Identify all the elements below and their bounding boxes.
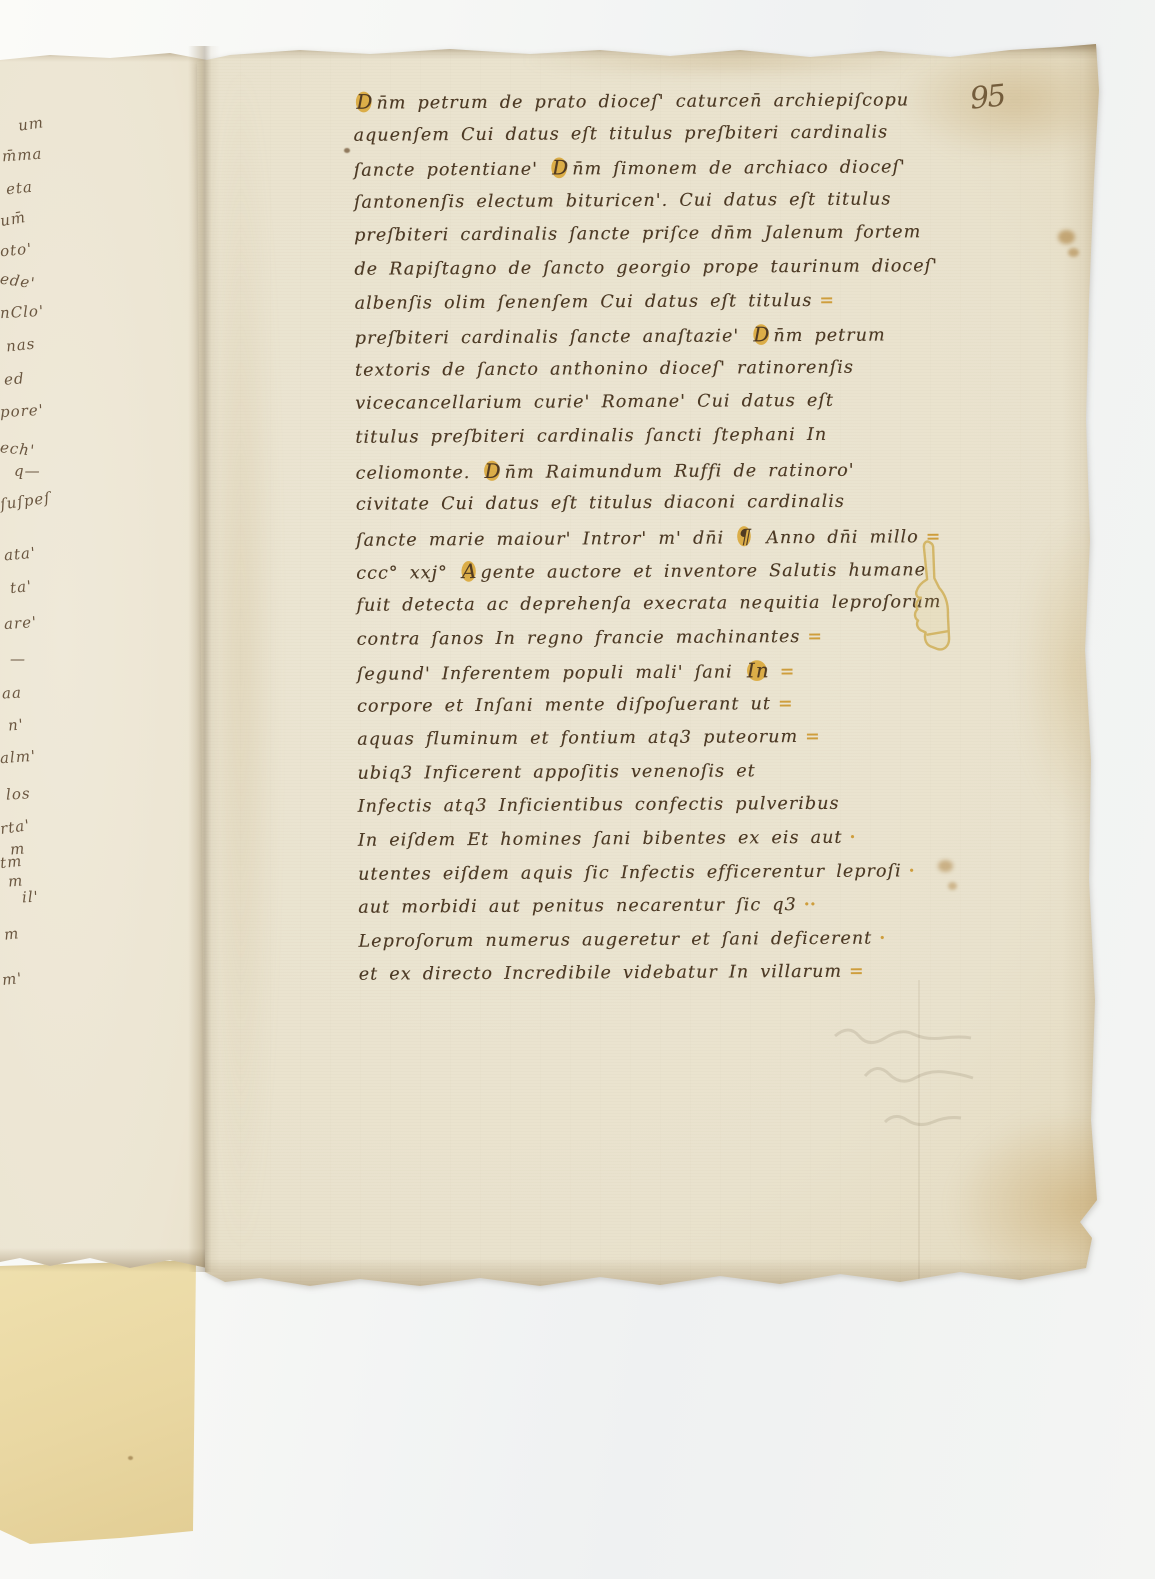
manuscript-line: aut morbidi aut penitus necarentur ſic q…	[358, 888, 933, 925]
line-text: preſbiteri cardinalis ſancte priſce dn̄m…	[354, 223, 921, 246]
line-text: n̄m petrum de prato dioceſ' caturcen̄ ar…	[376, 90, 909, 113]
manuscript-line: ccc° xxj° Agente auctore et inventore Sa…	[356, 553, 931, 590]
folio-number: 95	[968, 78, 1006, 116]
manuscript-line: Dn̄m petrum de prato dioceſ' caturcen̄ a…	[353, 82, 928, 119]
gold-initial: D	[481, 454, 504, 488]
line-text: de Rapiſtagno de ſancto georgio prope ta…	[354, 256, 938, 280]
line-text: celiomonte.	[356, 463, 482, 484]
manuscript-line: et ex directo Incredibile videbatur In v…	[359, 956, 934, 993]
manuscript-line: aquas fluminum et fontium atq3 puteorum=	[357, 721, 932, 758]
manuscript-line: In eiſdem Et homines ſani bibentes ex ei…	[358, 821, 933, 858]
gold-line-filler: =	[778, 694, 793, 714]
text-block: Dn̄m petrum de prato dioceſ' caturcen̄ a…	[353, 82, 934, 993]
manuscript-line: civitate Cui datus eſt titulus diaconi c…	[356, 485, 931, 522]
gold-line-filler: ·	[909, 861, 915, 881]
manuscript-line: textoris de ſancto anthonino dioceſ' rat…	[355, 351, 930, 388]
manuscript-line: titulus preſbiteri cardinalis ſancti ſte…	[355, 418, 930, 455]
manuscript-line: aquenſem Cui datus eſt titulus preſbiter…	[353, 116, 928, 153]
line-text: Leproſorum numerus augeretur et ſani def…	[358, 928, 872, 951]
line-text: ubiq3 Inficerent appoſitis venenoſis et	[357, 761, 755, 783]
line-text: contra ſanos In regno francie machinante…	[357, 627, 801, 650]
line-text: ccc° xxj°	[356, 563, 459, 584]
manuscript-line: albenſis olim ſenenſem Cui datus eſt tit…	[354, 284, 929, 321]
gold-line-filler: =	[805, 727, 820, 747]
line-text: n̄m petrum	[773, 326, 885, 347]
gold-initial: D	[750, 318, 773, 352]
gold-initial: D	[353, 86, 376, 120]
line-text: preſbiteri cardinalis ſancte anaſtazie'	[355, 327, 751, 349]
gold-initial: A	[459, 555, 481, 589]
manuscript-line: fuit detecta ac deprehenſa execrata nequ…	[356, 586, 931, 623]
line-text: fuit detecta ac deprehenſa execrata nequ…	[356, 592, 941, 616]
manuscript-line: corpore et Inſani mente diſpoſuerant ut=	[357, 687, 932, 724]
gold-line-filler: ··	[804, 895, 816, 915]
gold-line-filler: =	[807, 626, 822, 646]
gold-initial: ¶	[735, 520, 755, 554]
gold-initial: In	[744, 654, 773, 688]
line-text: ſancte potentiane'	[354, 160, 549, 181]
line-text: titulus preſbiteri cardinalis ſancti ſte…	[355, 425, 827, 448]
line-text: Anno dn̄i millo	[755, 527, 919, 548]
line-text: vicecancellarium curie' Romane' Cui datu…	[355, 391, 834, 414]
manuscript-line: preſbiteri cardinalis ſancte anaſtazie' …	[355, 317, 930, 354]
manuscript-line: de Rapiſtagno de ſancto georgio prope ta…	[354, 250, 929, 287]
line-text: textoris de ſancto anthonino dioceſ' rat…	[355, 357, 854, 380]
fox-spot	[938, 860, 953, 872]
manuscript-leaf: 95 Dn̄m petrum de prato dioceſ' caturcen…	[0, 0, 1155, 1579]
manuscript-photograph: um m̄ma eta um̄ oto' ede' nClo' nas ed p…	[0, 0, 1155, 1579]
fox-spot	[948, 882, 957, 890]
line-text: aquenſem Cui datus eſt titulus preſbiter…	[353, 122, 888, 145]
line-text: gente auctore et inventore Salutis human…	[480, 561, 926, 584]
line-text: n̄m ſimonem de archiaco dioceſ'	[572, 158, 906, 180]
manuscript-line: Infectis atq3 Inficientibus confectis pu…	[358, 788, 933, 825]
gold-line-filler: ·	[879, 928, 885, 948]
manuscript-line: Leproſorum numerus augeretur et ſani def…	[358, 922, 933, 959]
line-text: albenſis olim ſenenſem Cui datus eſt tit…	[355, 291, 813, 314]
line-text: aquas fluminum et fontium atq3 puteorum	[357, 727, 798, 750]
manuscript-line: ſegund' Inferentem populi mali' ſani In=	[357, 653, 932, 690]
manuscript-line: utentes eiſdem aquis ſic Infectis effice…	[358, 855, 933, 892]
line-text: utentes eiſdem aquis ſic Infectis effice…	[358, 861, 902, 884]
manuscript-line: vicecancellarium curie' Romane' Cui datu…	[355, 385, 930, 422]
gold-line-filler: =	[849, 962, 864, 982]
manuscript-line: ubiq3 Inficerent appoſitis venenoſis et	[357, 754, 932, 791]
manuscript-line: preſbiteri cardinalis ſancte priſce dn̄m…	[354, 217, 929, 254]
torn-top-edge	[197, 44, 1100, 60]
line-text: corpore et Inſani mente diſpoſuerant ut	[357, 694, 771, 717]
ink-speck	[344, 148, 350, 153]
line-text: et ex directo Incredibile videbatur In v…	[359, 962, 842, 985]
manuscript-line: ſancte potentiane' Dn̄m ſimonem de archi…	[354, 149, 929, 186]
leaf-paper: 95 Dn̄m petrum de prato dioceſ' caturcen…	[0, 0, 1155, 1579]
manuscript-line: celiomonte. Dn̄m Raimundum Ruffi de rati…	[355, 452, 930, 489]
line-text: n̄m Raimundum Ruffi de ratinoro'	[505, 460, 855, 482]
manuscript-line: ſantonenſis electum bituricen'. Cui datu…	[354, 183, 929, 220]
line-text: civitate Cui datus eſt titulus diaconi c…	[356, 492, 845, 515]
stain	[206, 60, 276, 1260]
ink-showthrough	[830, 1018, 1030, 1168]
line-text: In eiſdem Et homines ſani bibentes ex ei…	[358, 828, 843, 851]
gold-initial: D	[549, 152, 572, 186]
line-text: Infectis atq3 Inficientibus confectis pu…	[358, 794, 840, 817]
gold-line-filler: =	[819, 290, 834, 310]
manuscript-line: ſancte marie maiour' Intror' m' dn̄i ¶ A…	[356, 519, 931, 556]
line-text: ſantonenſis electum bituricen'. Cui datu…	[354, 189, 892, 212]
line-text: aut morbidi aut penitus necarentur ſic q…	[358, 895, 797, 918]
manuscript-line: contra ſanos In regno francie machinante…	[357, 620, 932, 657]
stain	[520, 42, 940, 78]
deckled-right-edge	[1062, 44, 1100, 1284]
deckled-bottom-edge	[205, 1258, 1100, 1286]
line-text: ſegund' Inferentem populi mali' ſani	[357, 662, 744, 684]
gold-line-filler: ·	[849, 828, 855, 848]
line-text: ſancte marie maiour' Intror' m' dn̄i	[356, 528, 735, 550]
gold-line-filler: =	[780, 662, 795, 682]
